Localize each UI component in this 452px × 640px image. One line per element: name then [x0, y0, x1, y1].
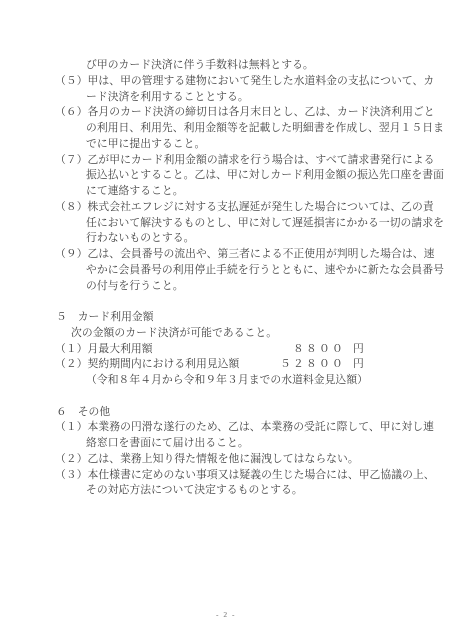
document-page: び甲のカード決済に伴う手数料は無料とする。（５）甲は、甲の管理する建物において発…: [0, 0, 452, 640]
amount-row: （２）契約期間内における利用見込額５２８００円: [0, 357, 452, 373]
text-line: やかに会員番号の利用停止手続を行うとともに、速やかに新たな会員番号: [0, 263, 452, 279]
text-line: （９）乙は、会員番号の流出や、第三者による不正使用が判明した場合は、速: [0, 247, 452, 263]
text-line: 任において解決するものとし、甲に対して遅延損害にかかる一切の請求を: [0, 216, 452, 232]
text-line: ード決済を利用することとする。: [0, 90, 452, 106]
blank-line: [0, 294, 452, 310]
text-line: （７）乙が甲にカード利用金額の請求を行う場合は、すべて請求書発行による: [0, 153, 452, 169]
text-line: 次の金額のカード決済が可能であること。: [0, 326, 452, 342]
text-line: にて連絡すること。: [0, 184, 452, 200]
section-heading: ６ その他: [0, 405, 452, 421]
section-heading: ５ カード利用金額: [0, 310, 452, 326]
text-line: の利用日、利用先、利用金額等を記載した明細書を作成し、翌月１５日ま: [0, 121, 452, 137]
text-line: 絡窓口を書面にて届け出ること。: [0, 436, 452, 452]
blank-line: [0, 389, 452, 405]
text-line: （８）株式会社エフレジに対する支払遅延が発生した場合については、乙の責: [0, 200, 452, 216]
amount-value: ５２８００: [225, 357, 345, 373]
text-line: （１）本業務の円滑な遂行のため、乙は、本業務の受託に際して、甲に対し連: [0, 420, 452, 436]
amount-unit: 円: [353, 342, 364, 358]
text-line: （５）甲は、甲の管理する建物において発生した水道料金の支払について、カ: [0, 74, 452, 90]
text-line: 行わないものとする。: [0, 231, 452, 247]
text-line: の付与を行うこと。: [0, 279, 452, 295]
text-line: （２）乙は、業務上知り得た情報を他に漏洩してはならない。: [0, 452, 452, 468]
amount-label: （２）契約期間内における利用見込額: [55, 358, 239, 370]
document-body: び甲のカード決済に伴う手数料は無料とする。（５）甲は、甲の管理する建物において発…: [0, 58, 452, 499]
amount-unit: 円: [353, 357, 364, 373]
amount-value: ８８００: [225, 342, 345, 358]
text-line: び甲のカード決済に伴う手数料は無料とする。: [0, 58, 452, 74]
text-line: でに甲に提出すること。: [0, 137, 452, 153]
text-line: 振込払いとすること。乙は、甲に対しカード利用金額の振込先口座を書面: [0, 168, 452, 184]
text-line: （３）本仕様書に定めのない事項又は疑義の生じた場合には、甲乙協議の上、: [0, 468, 452, 484]
text-line: （６）各月のカード決済の締切日は各月末日とし、乙は、カード決済利用ごと: [0, 105, 452, 121]
text-line: （令和８年４月から令和９年３月までの水道料金見込額）: [0, 373, 452, 389]
text-line: その対応方法について決定するものとする。: [0, 483, 452, 499]
amount-row: （１）月最大利用額８８００円: [0, 342, 452, 358]
page-number: - 2 -: [0, 610, 452, 619]
amount-label: （１）月最大利用額: [55, 343, 153, 355]
